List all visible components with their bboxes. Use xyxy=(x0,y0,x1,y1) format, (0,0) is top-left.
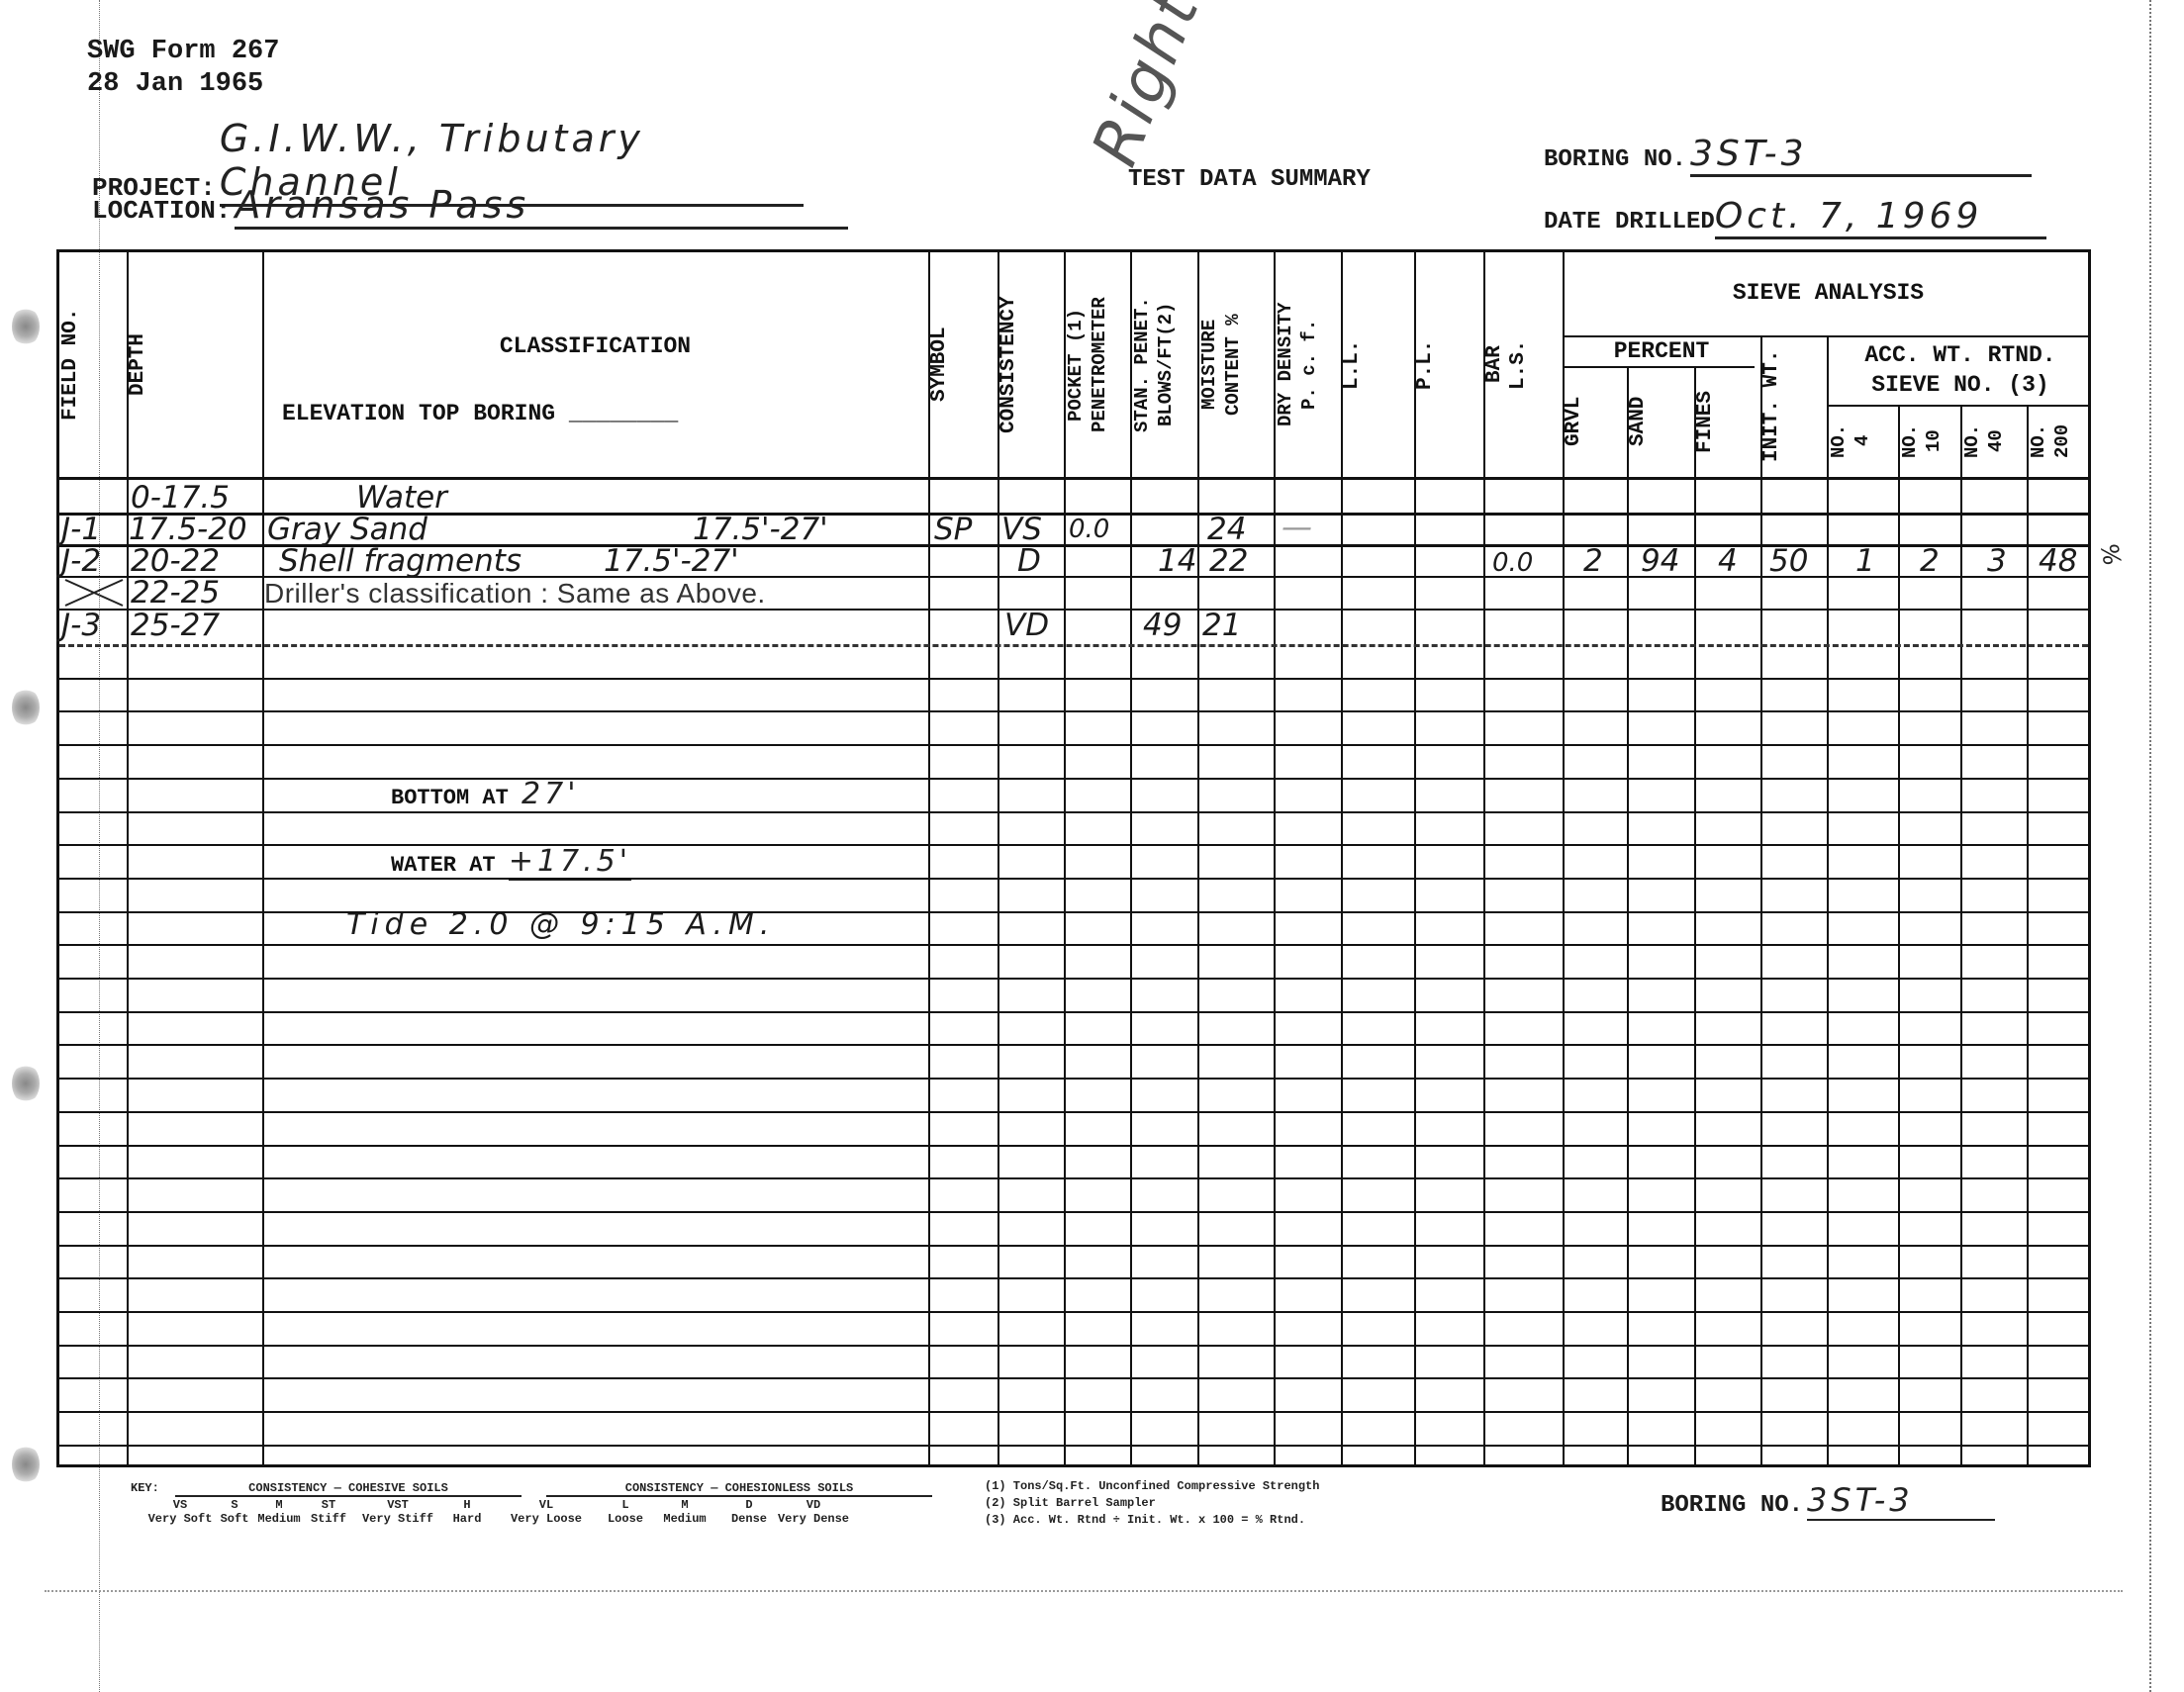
blank-row-line xyxy=(59,1145,2088,1147)
row-depth: 22-25 xyxy=(131,577,220,609)
location-label: LOCATION: xyxy=(92,196,231,226)
blank-row-line xyxy=(59,1311,2088,1313)
row-moisture: 22 xyxy=(1209,545,1248,577)
row-range: 17.5'-27' xyxy=(604,545,739,577)
row-no4: 1 xyxy=(1855,545,1875,577)
row-dry-density: — xyxy=(1282,512,1312,543)
footnote-3: (3) Acc. Wt. Rtnd ÷ Init. Wt. x 100 = % … xyxy=(985,1512,1319,1529)
form-date: 28 Jan 1965 xyxy=(87,68,279,101)
row-sand: 94 xyxy=(1641,545,1679,577)
date-drilled-value: Oct. 7, 1969 xyxy=(1715,196,1983,236)
key-cohesionless-item: VDVery Dense xyxy=(774,1498,853,1526)
header-elevation-top-boring: ELEVATION TOP BORING ________ xyxy=(282,401,678,426)
punch-hole-icon xyxy=(12,1064,40,1103)
bottom-at-label: BOTTOM AT xyxy=(391,786,509,810)
row-classification: Gray Sand xyxy=(267,514,427,545)
header-grvl: GRVL xyxy=(1563,366,1627,477)
date-drilled-field: DATE DRILLEDOct. 7, 1969 xyxy=(1544,196,2046,239)
blank-row-line xyxy=(59,1445,2088,1447)
blank-row-line xyxy=(59,744,2088,746)
footer-boring-no-label: BORING NO. xyxy=(1661,1492,1803,1519)
row-pocket: 0.0 xyxy=(1069,514,1109,545)
water-at-field: WATER AT +17.5' xyxy=(391,844,631,881)
header-pl: P.L. xyxy=(1414,252,1483,477)
row-depth: 25-27 xyxy=(131,610,220,641)
location-underline: Aransas Pass xyxy=(235,183,848,230)
header-pocket-penetrometer: POCKET (1)PENETROMETER xyxy=(1064,252,1130,477)
blank-row-line xyxy=(59,1211,2088,1213)
date-drilled-underline: Oct. 7, 1969 xyxy=(1715,196,2046,239)
crossed-out-icon xyxy=(63,578,125,608)
boring-no-field: BORING NO. 3ST-3 xyxy=(1544,134,2032,177)
water-at-value: +17.5' xyxy=(509,844,631,879)
water-at-label: WATER AT xyxy=(391,853,496,878)
row-stan-penet: 14 xyxy=(1158,545,1196,577)
row-grvl: 2 xyxy=(1583,545,1603,577)
blank-row-line xyxy=(59,1044,2088,1046)
key-cohesive-item: HHard xyxy=(427,1498,507,1526)
blank-row-line xyxy=(59,978,2088,980)
blank-row-line xyxy=(59,1177,2088,1179)
blank-row-line xyxy=(59,1345,2088,1347)
tide-note: Tide 2.0 @ 9:15 A.M. xyxy=(346,909,775,941)
key-cohesive-title: CONSISTENCY — COHESIVE SOILS xyxy=(175,1481,522,1497)
key-cohesionless-item: VLVery Loose xyxy=(507,1498,586,1526)
header-dry-density: DRY DENSITYP. c. f. xyxy=(1274,252,1341,477)
header-sand: SAND xyxy=(1627,366,1694,477)
blank-row-line xyxy=(59,1245,2088,1247)
row-field-no: J-2 xyxy=(61,545,101,577)
footer-boring-no: BORING NO. 3ST-3 xyxy=(1661,1481,1995,1521)
location-field: LOCATION: Aransas Pass xyxy=(92,183,848,230)
row-no10: 2 xyxy=(1920,545,1940,577)
row-init-wt: 50 xyxy=(1769,545,1808,577)
form-number: SWG Form 267 xyxy=(87,36,279,68)
row-no200: 48 xyxy=(2039,545,2077,577)
row-range: 17.5'-27' xyxy=(693,514,828,545)
blank-row-line xyxy=(59,678,2088,680)
blank-row-line xyxy=(59,878,2088,880)
blank-row-line xyxy=(59,1377,2088,1379)
blank-row-line xyxy=(59,1011,2088,1013)
blank-row-line xyxy=(59,1277,2088,1279)
key-label: KEY: xyxy=(131,1481,159,1495)
row-no40: 3 xyxy=(1987,545,2007,577)
blank-row-line xyxy=(59,1078,2088,1080)
row-field-no: J-3 xyxy=(61,610,101,641)
header-acc-wt-rtnd: ACC. WT. RTND.SIEVE NO. (3) xyxy=(1827,340,2094,400)
key-cohesionless-title: CONSISTENCY — COHESIONLESS SOILS xyxy=(546,1481,932,1497)
key-cohesive-item: VSTVery Stiff xyxy=(358,1498,437,1526)
bottom-at-value: 27' xyxy=(522,777,579,811)
location-value: Aransas Pass xyxy=(235,183,529,227)
header-no40: NO.40 xyxy=(1960,405,2027,477)
row-consistency: VS xyxy=(1001,514,1042,545)
header-fines: FINES xyxy=(1694,366,1760,477)
test-data-table: FIELD NO. DEPTH CLASSIFICATION ELEVATION… xyxy=(56,249,2091,1467)
key-cohesive-item: STStiff xyxy=(289,1498,368,1526)
blank-row-line xyxy=(59,1411,2088,1413)
boring-no-label: BORING NO. xyxy=(1544,146,1686,173)
blank-row-line xyxy=(59,944,2088,946)
footnote-1: (1) Tons/Sq.Ft. Unconfined Compressive S… xyxy=(985,1478,1319,1495)
footer-boring-no-value: 3ST-3 xyxy=(1807,1481,1914,1519)
scan-edge-right xyxy=(2149,0,2151,1692)
blank-row-line xyxy=(59,778,2088,780)
punch-hole-icon xyxy=(12,307,40,346)
form-title: TEST DATA SUMMARY xyxy=(1128,166,1371,193)
row-consistency: D xyxy=(1017,545,1041,577)
blank-row-line xyxy=(59,1111,2088,1113)
header-consistency: CONSISTENCY xyxy=(997,252,1064,477)
footnote-2: (2) Split Barrel Sampler xyxy=(985,1495,1319,1512)
header-classification: CLASSIFICATION xyxy=(262,333,928,359)
header-sieve-analysis: SIEVE ANALYSIS xyxy=(1563,280,2094,306)
row-classification: Shell fragments xyxy=(279,545,522,577)
header-no4: NO.4 xyxy=(1827,405,1898,477)
row-depth: 20-22 xyxy=(131,545,220,577)
row-bar-ls: 0.0 xyxy=(1492,547,1533,579)
blank-row-line xyxy=(59,911,2088,913)
header-depth: DEPTH xyxy=(127,252,262,477)
side-margin-note: % xyxy=(2095,541,2127,571)
row-fines: 4 xyxy=(1718,545,1738,577)
row-symbol: SP xyxy=(934,514,972,545)
scan-edge-bottom xyxy=(45,1590,2123,1592)
form-id: SWG Form 267 28 Jan 1965 xyxy=(87,36,279,101)
row-classification: Water xyxy=(356,482,447,514)
header-symbol: SYMBOL xyxy=(928,252,997,477)
blank-row-line xyxy=(59,811,2088,813)
header-moisture-content: MOISTURECONTENT % xyxy=(1197,252,1274,477)
margin-handwritten-note: Right xyxy=(1079,0,1214,176)
bottom-at-field: BOTTOM AT 27' xyxy=(391,777,611,813)
row-field-no: J-1 xyxy=(61,514,101,545)
header-bar-ls: BARL.S. xyxy=(1483,252,1563,477)
punch-hole-icon xyxy=(12,688,40,727)
boring-no-underline: 3ST-3 xyxy=(1690,134,2032,177)
header-no10: NO.10 xyxy=(1898,405,1960,477)
blank-row-line xyxy=(59,844,2088,846)
footnotes: (1) Tons/Sq.Ft. Unconfined Compressive S… xyxy=(985,1478,1319,1529)
consistency-key: KEY: CONSISTENCY — COHESIVE SOILS CONSIS… xyxy=(131,1481,972,1541)
row-depth: 17.5-20 xyxy=(129,514,247,545)
header-percent: PERCENT xyxy=(1563,338,1760,364)
date-drilled-label: DATE DRILLED xyxy=(1544,209,1715,235)
row-classification: Driller's classification : Same as Above… xyxy=(264,578,766,610)
row-moisture: 24 xyxy=(1207,514,1246,545)
header-init-wt: INIT. WT. xyxy=(1760,335,1827,477)
header-no200: NO.200 xyxy=(2027,405,2094,477)
row-moisture: 21 xyxy=(1202,610,1241,641)
punch-hole-icon xyxy=(12,1445,40,1484)
header-stan-penet: STAN. PENET.BLOWS/FT(2) xyxy=(1130,252,1197,477)
row-stan-penet: 49 xyxy=(1143,610,1182,641)
header-ll: L.L. xyxy=(1341,252,1414,477)
row-depth: 0-17.5 xyxy=(131,482,230,514)
row-consistency: VD xyxy=(1004,610,1049,641)
header-field-no: FIELD NO. xyxy=(59,252,127,477)
boring-no-value: 3ST-3 xyxy=(1690,134,1808,174)
blank-row-line xyxy=(59,710,2088,712)
